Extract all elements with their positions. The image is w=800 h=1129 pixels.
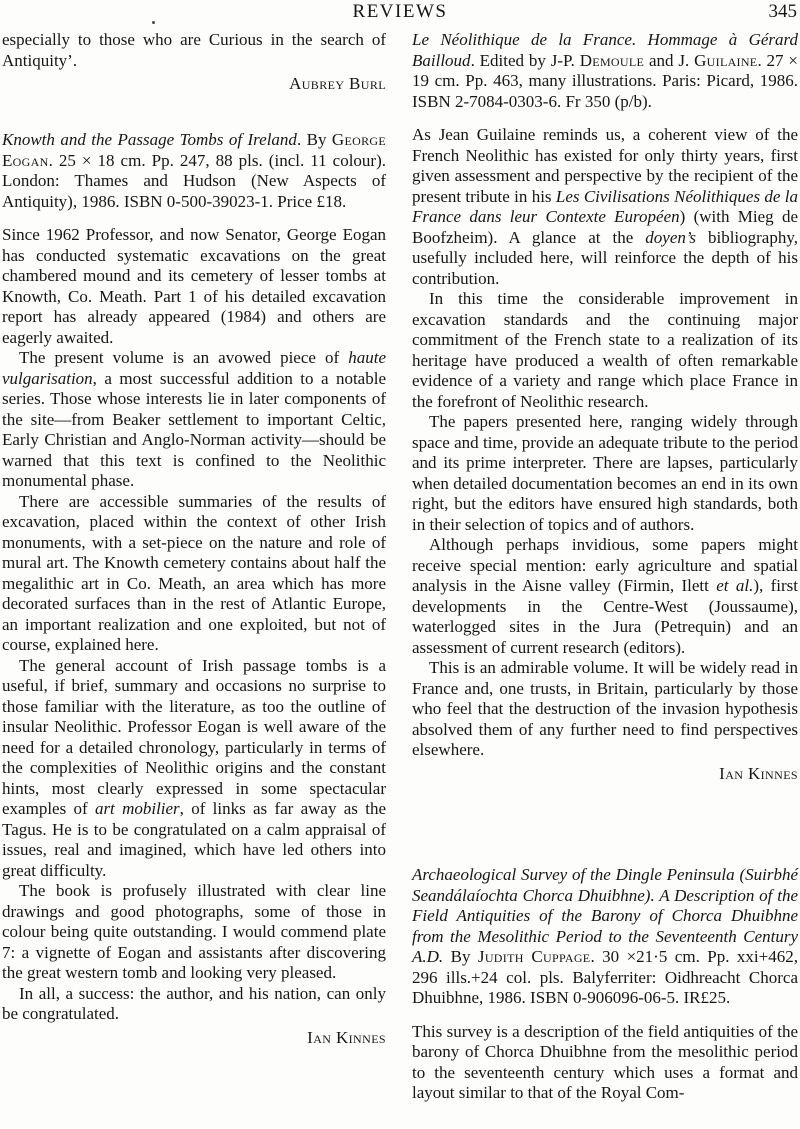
review-paragraph: The book is profusely illustrated with c…: [2, 881, 386, 984]
review-body: As Jean Guilaine reminds us, a coherent …: [412, 125, 798, 761]
review-neolithique: Le Néolithique de la France. Hommage à G…: [412, 30, 798, 784]
page-number: 345: [769, 1, 798, 23]
review-paragraph: The general account of Irish passage tom…: [2, 656, 386, 882]
review-dingle: Archaeological Survey of the Dingle Peni…: [412, 865, 798, 1104]
review-paragraph: In all, a success: the author, and his n…: [2, 984, 386, 1025]
journal-page: REVIEWS 345 especially to those who are …: [0, 0, 800, 1129]
right-column: Le Néolithique de la France. Hommage à G…: [412, 30, 798, 784]
review-paragraph: The papers presented here, ranging widel…: [412, 412, 798, 535]
review-knowth: Knowth and the Passage Tombs of Ireland.…: [2, 130, 386, 1048]
review-text: especially to those who are Curious in t…: [2, 30, 386, 71]
book-citation-heading: Le Néolithique de la France. Hommage à G…: [412, 30, 798, 112]
ink-speck: [152, 21, 155, 24]
review-paragraph: There are accessible summaries of the re…: [2, 492, 386, 656]
review-paragraph: This is an admirable volume. It will be …: [412, 658, 798, 761]
review-paragraph: The present volume is an avowed piece of…: [2, 348, 386, 492]
review-body: Since 1962 Professor, and now Senator, G…: [2, 225, 386, 1025]
review-paragraph: Since 1962 Professor, and now Senator, G…: [2, 225, 386, 348]
review-paragraph: This survey is a description of the fiel…: [412, 1022, 798, 1104]
review-burl-continuation: especially to those who are Curious in t…: [2, 30, 386, 95]
book-citation-heading: Archaeological Survey of the Dingle Peni…: [412, 865, 798, 1009]
left-column: especially to those who are Curious in t…: [2, 30, 386, 95]
reviewer-byline: Aubrey Burl: [2, 74, 386, 95]
review-paragraph: As Jean Guilaine reminds us, a coherent …: [412, 125, 798, 289]
review-paragraph: In this time the considerable improvemen…: [412, 289, 798, 412]
running-title: REVIEWS: [0, 1, 800, 23]
review-body: This survey is a description of the fiel…: [412, 1022, 798, 1104]
reviewer-byline: Ian Kinnes: [2, 1028, 386, 1049]
review-paragraph: Although perhaps invidious, some papers …: [412, 535, 798, 658]
reviewer-byline: Ian Kinnes: [412, 764, 798, 785]
book-citation-heading: Knowth and the Passage Tombs of Ireland.…: [2, 130, 386, 212]
